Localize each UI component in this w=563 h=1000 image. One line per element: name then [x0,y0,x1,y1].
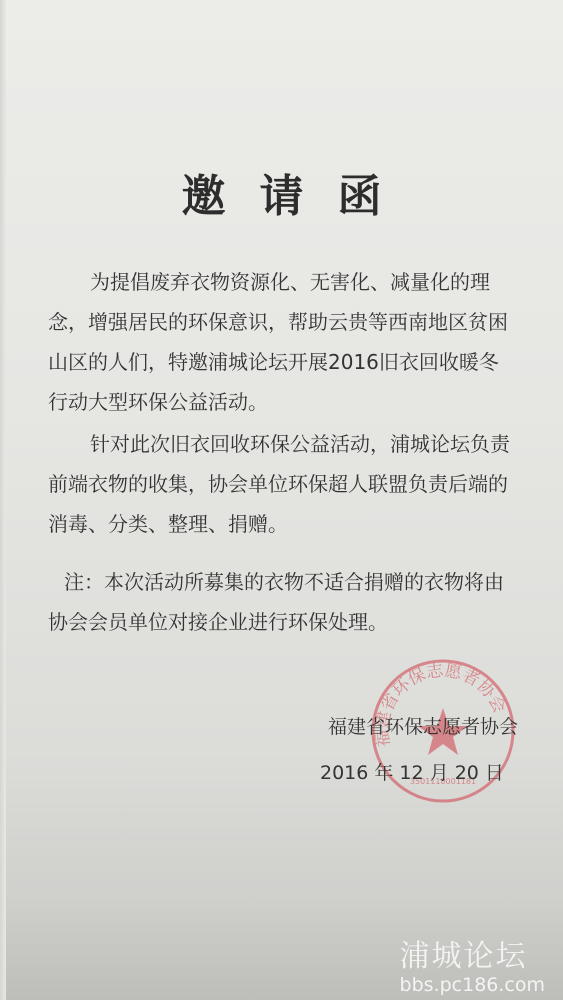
paragraph-responsibilities: 针对此次旧衣回收环保公益活动，浦城论坛负责前端衣物的收集，协会单位环保超人联盟负… [48,424,518,544]
watermark-url: bbs.pc186.com [400,974,545,996]
watermark: 浦城论坛 bbs.pc186.com [400,940,545,996]
paragraph-note: 注：本次活动所募集的衣物不适合捐赠的衣物将由协会会员单位对接企业进行环保处理。 [48,562,518,642]
signature-date: 2016 年 12 月 20 日 [320,758,504,785]
signature-organization: 福建省环保志愿者协会 [328,712,518,739]
watermark-title: 浦城论坛 [400,940,545,974]
paragraph-intro: 为提倡废弃衣物资源化、无害化、减量化的理念，增强居民的环保意识，帮助云贵等西南地… [48,262,518,422]
document-title: 邀请函 [0,160,563,224]
paper-edge [0,0,6,1000]
